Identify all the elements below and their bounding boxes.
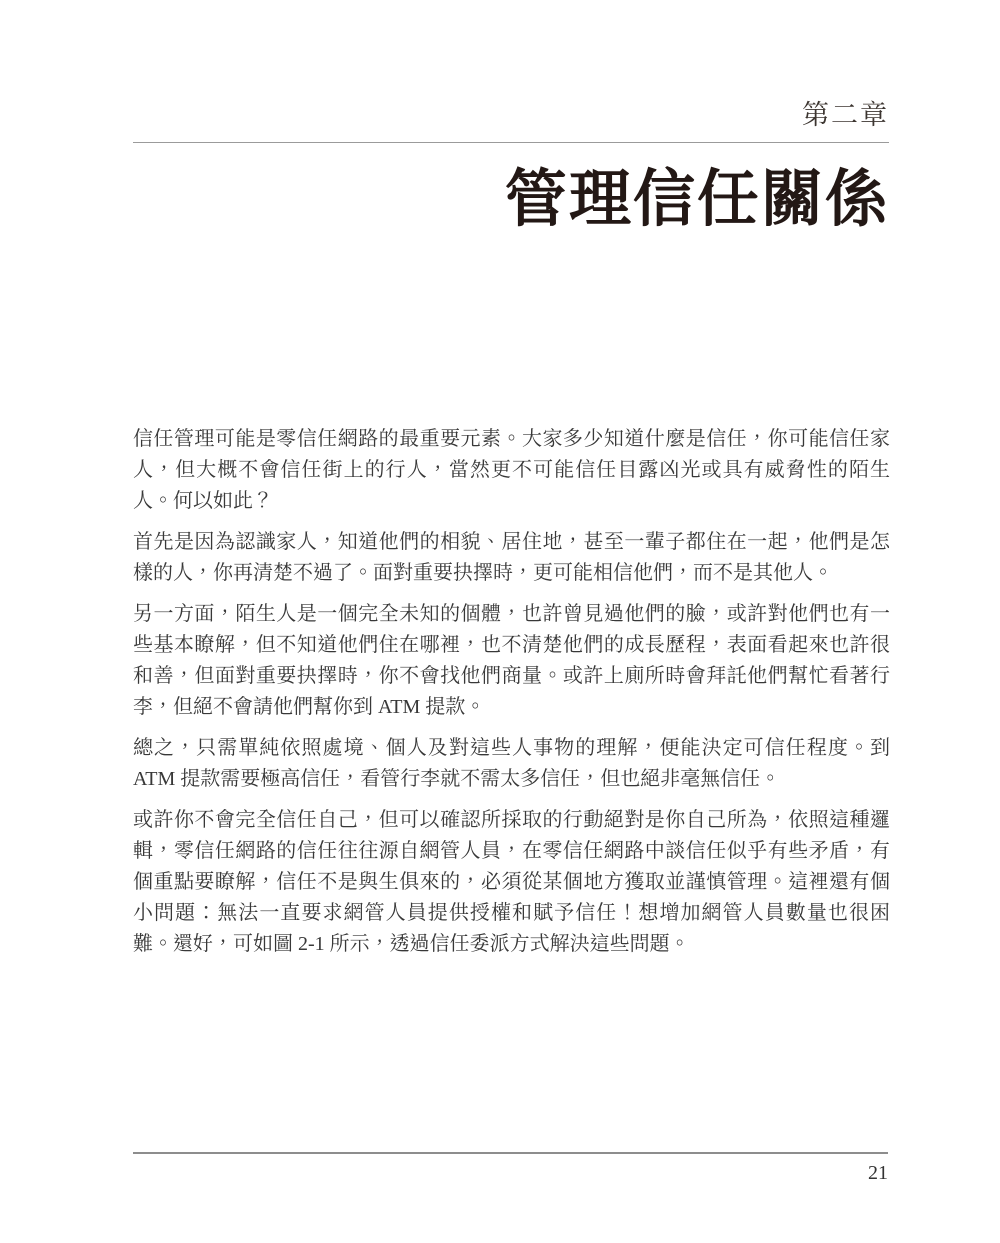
paragraph-1: 信任管理可能是零信任網路的最重要元素。大家多少知道什麼是信任，你可能信任家人，但… (133, 424, 890, 517)
book-page: 第二章 管理信任關係 信任管理可能是零信任網路的最重要元素。大家多少知道什麼是信… (0, 0, 1000, 1243)
footer-rule (133, 1152, 888, 1154)
paragraph-5: 或許你不會完全信任自己，但可以確認所採取的行動絕對是你自己所為，依照這種邏輯，零… (133, 805, 890, 960)
page-footer: 21 (133, 1152, 888, 1185)
paragraph-2: 首先是因為認識家人，知道他們的相貌、居住地，甚至一輩子都住在一起，他們是怎樣的人… (133, 527, 890, 589)
paragraph-4: 總之，只需單純依照處境、個人及對這些人事物的理解，便能決定可信任程度。到 ATM… (133, 733, 890, 795)
header-rule (133, 142, 889, 143)
chapter-title: 管理信任關係 (133, 169, 889, 231)
paragraph-3: 另一方面，陌生人是一個完全未知的個體，也許曾見過他們的臉，或許對他們也有一些基本… (133, 599, 890, 723)
page-number: 21 (133, 1161, 888, 1185)
body-text: 信任管理可能是零信任網路的最重要元素。大家多少知道什麼是信任，你可能信任家人，但… (133, 424, 890, 970)
chapter-header: 第二章 管理信任關係 (133, 0, 889, 231)
chapter-number-label: 第二章 (133, 100, 889, 130)
